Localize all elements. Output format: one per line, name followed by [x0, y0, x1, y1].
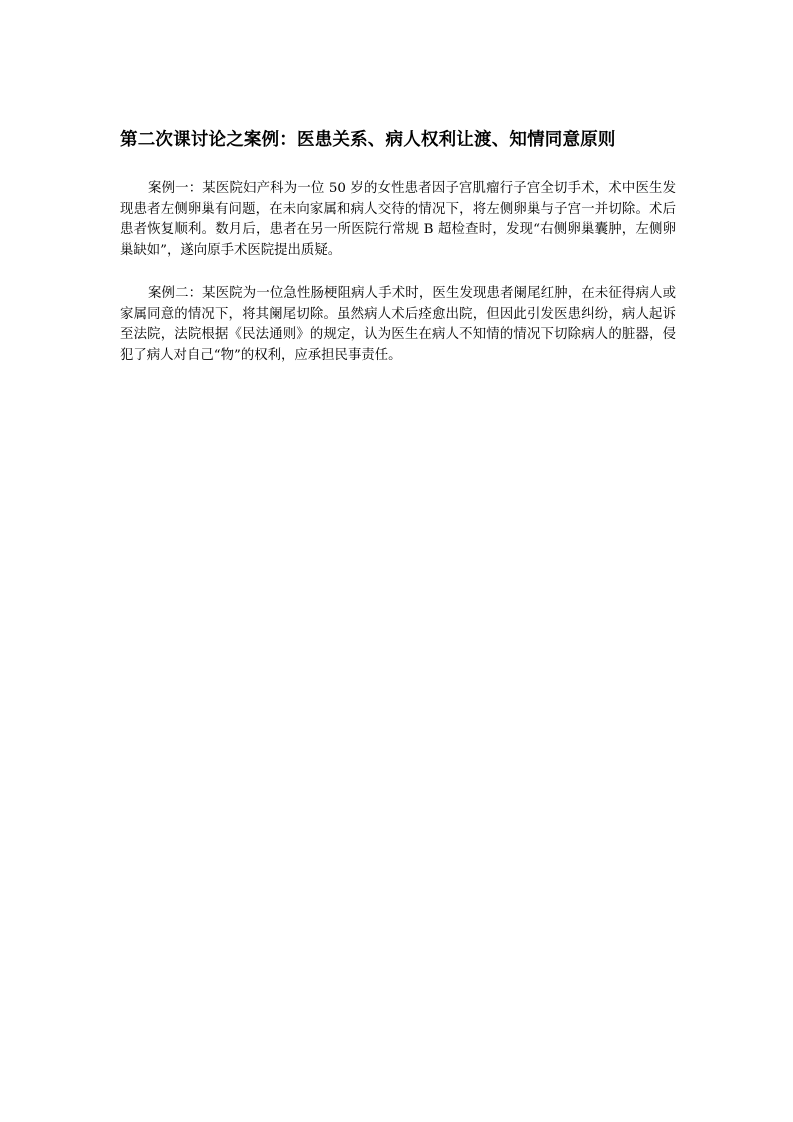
case-two-paragraph: 案例二：某医院为一位急性肠梗阻病人手术时，医生发现患者阑尾红肿，在未征得病人或家… [120, 284, 676, 366]
case-one-paragraph: 案例一：某医院妇产科为一位 50 岁的女性患者因子宫肌瘤行子宫全切手术，术中医生… [120, 179, 676, 261]
document-title: 第二次课讨论之案例：医患关系、病人权利让渡、知情同意原则 [120, 129, 720, 151]
